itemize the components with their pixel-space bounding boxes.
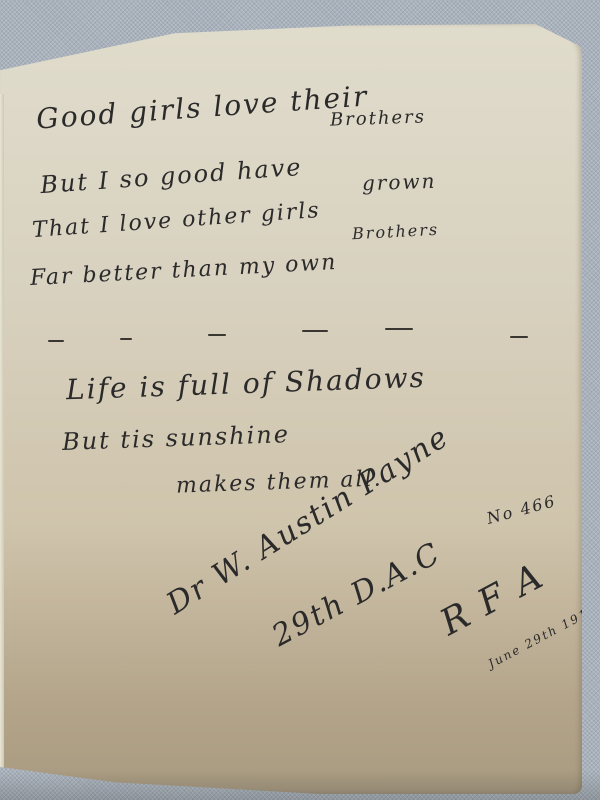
- signature-regiment: R F A: [435, 558, 550, 642]
- verse-one-line-2-continuation: grown: [362, 171, 437, 194]
- signature-number: No 466: [485, 493, 558, 527]
- page-edge: [0, 94, 4, 794]
- separator-dash: [385, 328, 413, 330]
- separator-dashes: [40, 324, 520, 344]
- signature-unit: 29th D.A.C: [268, 538, 446, 652]
- verse-one-line-3-continuation: Brothers: [352, 222, 440, 243]
- separator-dash: [510, 336, 528, 338]
- verse-two-line-2: But tis sunshine: [62, 422, 291, 454]
- verse-one-line-2: But I so good have: [39, 155, 303, 197]
- separator-dash: [208, 334, 226, 336]
- verse-one-line-1: Good girls love their: [35, 82, 369, 133]
- separator-dash: [302, 330, 328, 332]
- separator-dash: [120, 338, 132, 340]
- album-page: Good girls love their Brothers But I so …: [0, 24, 582, 794]
- signature-name: Dr W. Austin Payne: [162, 422, 455, 620]
- verse-one-line-4: Far better than my own: [30, 252, 338, 290]
- table-shadow: [0, 770, 600, 800]
- separator-dash: [48, 340, 64, 342]
- verse-two-line-1: Life is full of Shadows: [66, 364, 427, 405]
- verse-one-line-3: That I love other girls: [32, 200, 322, 242]
- verse-one-line-1-continuation: Brothers: [330, 108, 427, 129]
